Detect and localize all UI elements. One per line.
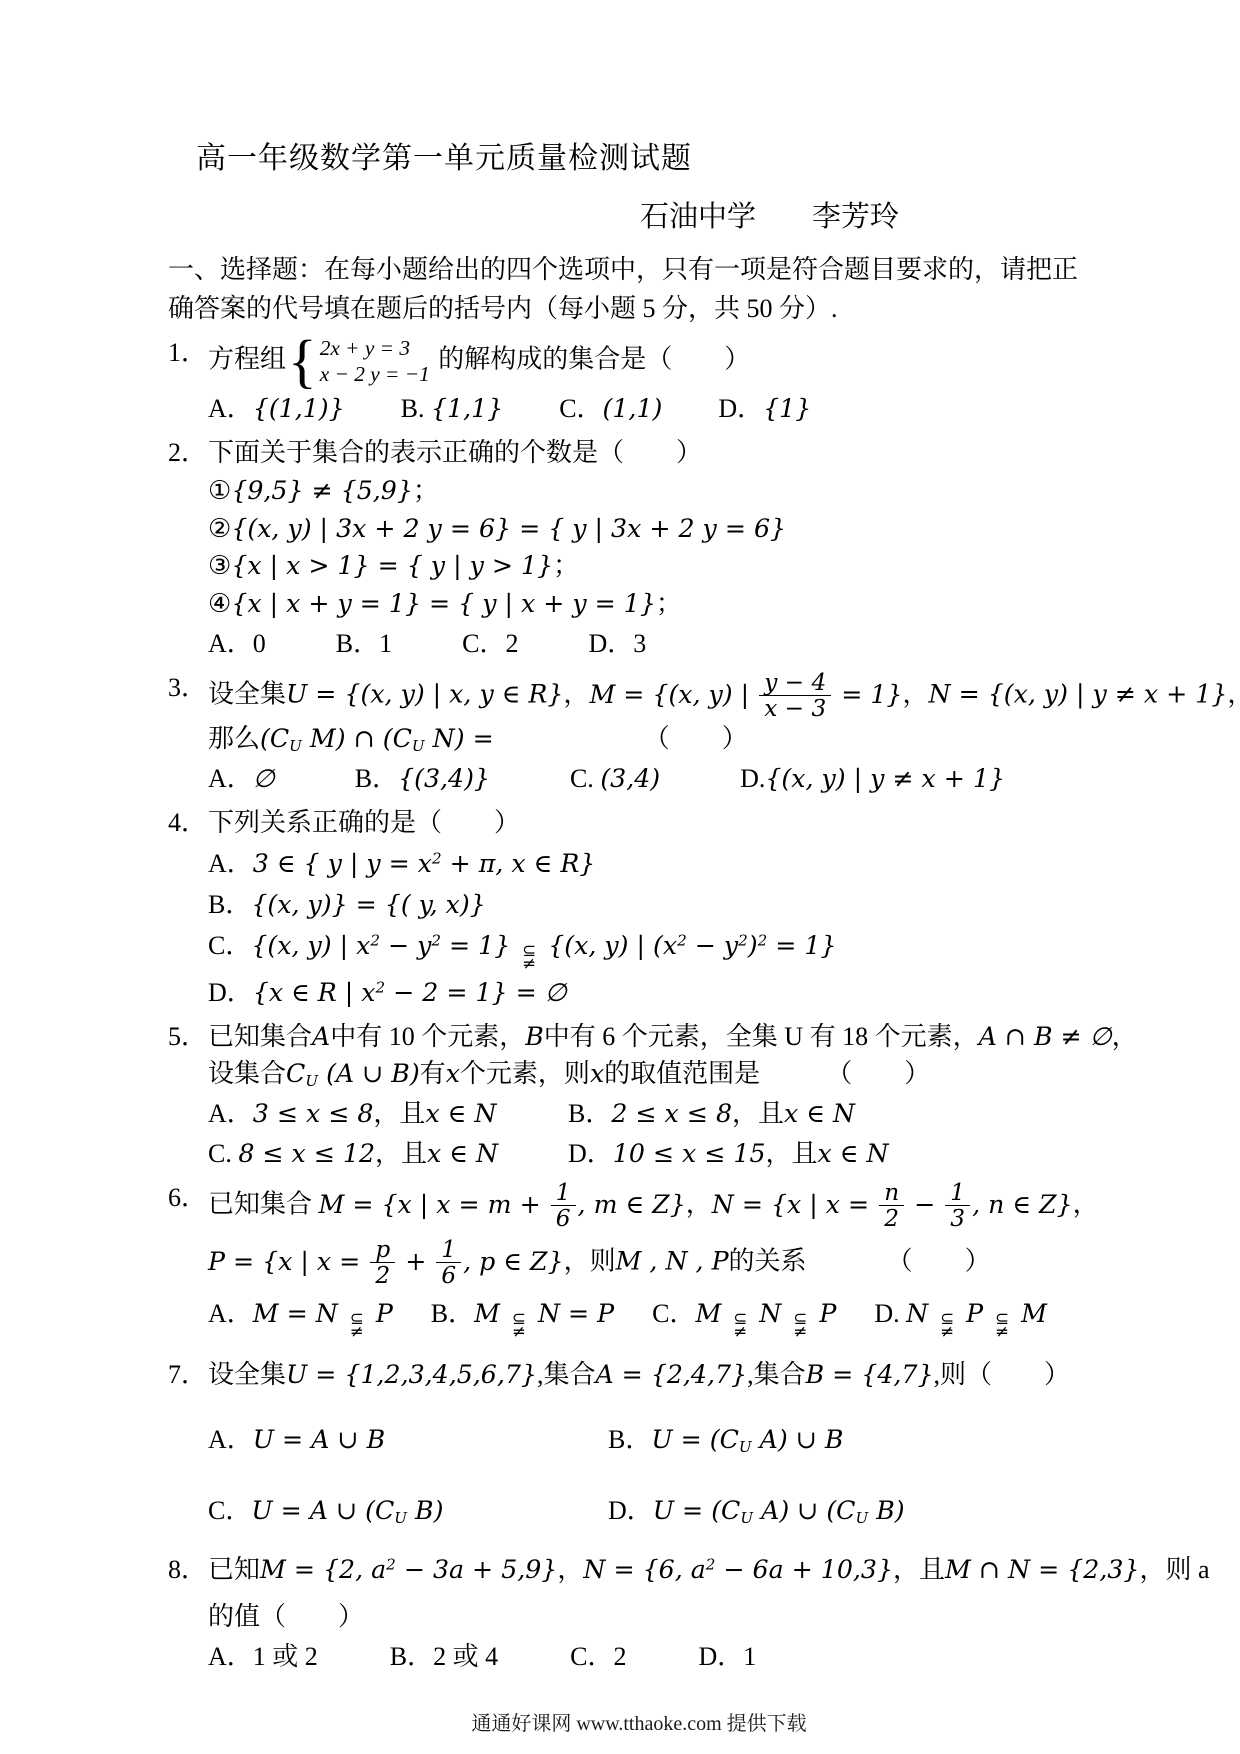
question-1-options: A．{(1,1)} B. {1,1} C．(1,1) D．{1} xyxy=(208,391,1110,428)
question-6-stem-line2: P = {x | x = p2 + 16, p ∈ Z}，则M , N , P的… xyxy=(208,1237,1110,1288)
question-7-stem: 设全集U = {1,2,3,4,5,6,7},集合A = {2,4,7},集合B… xyxy=(208,1357,1110,1394)
question-2-item-4: ④{x | x + y = 1} = { y | x + y = 1}； xyxy=(208,586,1110,623)
question-8-number: 8． xyxy=(168,1552,208,1589)
option-d: D．{x ∈ R | x2 − 2 = 1} = ∅ xyxy=(208,975,1110,1012)
footer-watermark: 通通好课网 www.tthaoke.com 提供下载 xyxy=(168,1710,1110,1738)
option-a: A．3 ∈ { y | y = x2 + π, x ∈ R} xyxy=(208,846,1110,883)
option-c: C．{(x, y) | x2 − y2 = 1} ⊆≠ {(x, y) | (x… xyxy=(208,928,1110,971)
question-1-number: 1． xyxy=(168,335,208,372)
option-c: C．2 xyxy=(570,1639,626,1676)
question-3: 3． 设全集U = {(x, y) | x, y ∈ R}，M = {(x, y… xyxy=(168,670,1110,798)
question-1-body: 方程组{2x + y = 3x − 2 y = −1 的解构成的集合是（ ） A… xyxy=(208,335,1110,428)
question-5-number: 5． xyxy=(168,1019,208,1056)
option-c: C. 8 ≤ x ≤ 12，且x ∈ N xyxy=(208,1136,568,1173)
option-c: C. (3,4) xyxy=(570,761,660,798)
question-2-options: A．0 B．1 C．2 D．3 xyxy=(208,626,1110,663)
option-d: D．U = (CU A) ∪ (CU B) xyxy=(608,1493,1110,1530)
option-b: B．U = (CU A) ∪ B xyxy=(608,1422,1110,1459)
option-d: D．3 xyxy=(588,626,646,663)
option-d: D.{(x, y) | y ≠ x + 1} xyxy=(740,761,1005,798)
option-a: A．∅ xyxy=(208,761,275,798)
question-2: 2． 下面关于集合的表示正确的个数是（ ） ①{9,5} ≠ {5,9}； ②{… xyxy=(168,435,1110,663)
question-3-stem: 设全集U = {(x, y) | x, y ∈ R}，M = {(x, y) |… xyxy=(208,670,1110,721)
option-a: A．M = N ⊆≠ P xyxy=(208,1296,393,1339)
question-2-stem: 下面关于集合的表示正确的个数是（ ） xyxy=(208,435,1110,472)
option-b: B．2 或 4 xyxy=(390,1639,498,1676)
question-2-item-2: ②{(x, y) | 3x + 2 y = 6} = { y | 3x + 2 … xyxy=(208,511,1110,548)
question-7-number: 7． xyxy=(168,1357,208,1394)
question-6-number: 6． xyxy=(168,1180,208,1217)
question-8-options: A．1 或 2 B．2 或 4 C．2 D．1 xyxy=(208,1639,1110,1676)
question-8-body: 已知M = {2, a2 − 3a + 5,9}，N = {6, a2 − 6a… xyxy=(208,1552,1110,1676)
page-title: 高一年级数学第一单元质量检测试题 xyxy=(196,138,1110,181)
option-c: C．2 xyxy=(462,626,518,663)
question-7: 7． 设全集U = {1,2,3,4,5,6,7},集合A = {2,4,7},… xyxy=(168,1357,1110,1530)
question-5-stem2-text: 设集合CU (A ∪ B)有x个元素，则x的取值范围是 xyxy=(208,1059,760,1088)
option-a: A．3 ≤ x ≤ 8，且x ∈ N xyxy=(208,1096,568,1133)
question-1: 1． 方程组{2x + y = 3x − 2 y = −1 的解构成的集合是（ … xyxy=(168,335,1110,428)
option-d: D. N ⊆≠ P ⊆≠ M xyxy=(874,1296,1047,1339)
question-6-stem2-text: P = {x | x = p2 + 16, p ∈ Z}，则M , N , P的… xyxy=(208,1247,807,1276)
question-7-body: 设全集U = {1,2,3,4,5,6,7},集合A = {2,4,7},集合B… xyxy=(208,1357,1110,1530)
option-d: D．10 ≤ x ≤ 15，且x ∈ N xyxy=(568,1136,1110,1173)
question-8: 8． 已知M = {2, a2 − 3a + 5,9}，N = {6, a2 −… xyxy=(168,1552,1110,1676)
option-a: A．{(1,1)} xyxy=(208,391,345,428)
byline: 石油中学李芳玲 xyxy=(640,197,1110,238)
option-a: A．1 或 2 xyxy=(208,1639,318,1676)
question-8-stem: 已知M = {2, a2 − 3a + 5,9}，N = {6, a2 − 6a… xyxy=(208,1552,1110,1589)
exam-page: 高一年级数学第一单元质量检测试题 石油中学李芳玲 一、选择题：在每小题给出的四个… xyxy=(0,0,1240,1754)
option-b: B．1 xyxy=(336,626,392,663)
option-b: B．{(x, y)} = {( y, x)} xyxy=(208,887,1110,924)
question-3-options: A．∅ B．{(3,4)} C. (3,4) D.{(x, y) | y ≠ x… xyxy=(208,761,1110,798)
option-a: A．U = A ∪ B xyxy=(208,1422,608,1459)
option-b: B．M ⊆≠ N = P xyxy=(431,1296,614,1339)
question-2-body: 下面关于集合的表示正确的个数是（ ） ①{9,5} ≠ {5,9}； ②{(x,… xyxy=(208,435,1110,663)
question-6-options: A．M = N ⊆≠ P B．M ⊆≠ N = P C．M ⊆≠ N ⊆≠ P … xyxy=(208,1296,1110,1339)
question-3-stem2-text: 那么(CU M) ∩ (CU N) = xyxy=(208,724,494,753)
question-5-body: 已知集合A中有 10 个元素，B中有 6 个元素，全集 U 有 18 个元素，A… xyxy=(208,1019,1110,1174)
question-5-stem-line2: 设集合CU (A ∪ B)有x个元素，则x的取值范围是（ ） xyxy=(208,1056,1110,1093)
author-name: 李芳玲 xyxy=(812,201,899,233)
question-2-item-3: ③{x | x > 1} = { y | y > 1}； xyxy=(208,548,1110,585)
section-intro-line2: 确答案的代号填在题后的括号内（每小题 5 分，共 50 分）. xyxy=(168,291,1110,328)
option-d: D．1 xyxy=(698,1639,756,1676)
option-b: B．{(3,4)} xyxy=(355,761,490,798)
question-3-stem-line2: 那么(CU M) ∩ (CU N) =（ ） xyxy=(208,721,1110,758)
question-6-stem: 已知集合 M = {x | x = m + 16, m ∈ Z}，N = {x … xyxy=(208,1180,1110,1231)
option-d: D．{1} xyxy=(718,391,811,428)
question-6: 6． 已知集合 M = {x | x = m + 16, m ∈ Z}，N = … xyxy=(168,1180,1110,1339)
option-c: C．M ⊆≠ N ⊆≠ P xyxy=(652,1296,836,1339)
question-4: 4． 下列关系正确的是（ ） A．3 ∈ { y | y = x2 + π, x… xyxy=(168,805,1110,1012)
question-4-number: 4． xyxy=(168,805,208,842)
question-8-stem-line2: 的值（ ） xyxy=(208,1599,1110,1636)
question-3-body: 设全集U = {(x, y) | x, y ∈ R}，M = {(x, y) |… xyxy=(208,670,1110,798)
answer-bracket: （ ） xyxy=(644,724,748,753)
answer-bracket: （ ） xyxy=(826,1059,930,1088)
option-c: C．(1,1) xyxy=(559,391,662,428)
option-a: A．0 xyxy=(208,626,266,663)
question-5: 5． 已知集合A中有 10 个元素，B中有 6 个元素，全集 U 有 18 个元… xyxy=(168,1019,1110,1174)
question-2-item-1: ①{9,5} ≠ {5,9}； xyxy=(208,473,1110,510)
question-1-stem: 方程组{2x + y = 3x − 2 y = −1 的解构成的集合是（ ） xyxy=(208,335,1110,388)
question-4-stem: 下列关系正确的是（ ） xyxy=(208,805,1110,842)
option-b: B. {1,1} xyxy=(401,391,504,428)
answer-bracket: （ ） xyxy=(887,1247,991,1276)
question-4-body: 下列关系正确的是（ ） A．3 ∈ { y | y = x2 + π, x ∈ … xyxy=(208,805,1110,1012)
school-name: 石油中学 xyxy=(640,201,756,233)
question-6-body: 已知集合 M = {x | x = m + 16, m ∈ Z}，N = {x … xyxy=(208,1180,1110,1339)
question-3-number: 3． xyxy=(168,670,208,707)
option-c: C．U = A ∪ (CU B) xyxy=(208,1493,608,1530)
section-intro-line1: 一、选择题：在每小题给出的四个选项中，只有一项是符合题目要求的，请把正 xyxy=(168,252,1110,289)
question-2-number: 2． xyxy=(168,435,208,472)
question-7-options: A．U = A ∪ B B．U = (CU A) ∪ B C．U = A ∪ (… xyxy=(208,1422,1110,1530)
question-5-stem: 已知集合A中有 10 个元素，B中有 6 个元素，全集 U 有 18 个元素，A… xyxy=(208,1019,1110,1056)
option-b: B．2 ≤ x ≤ 8，且x ∈ N xyxy=(568,1096,1110,1133)
question-5-options: A．3 ≤ x ≤ 8，且x ∈ N B．2 ≤ x ≤ 8，且x ∈ N C.… xyxy=(208,1096,1110,1173)
